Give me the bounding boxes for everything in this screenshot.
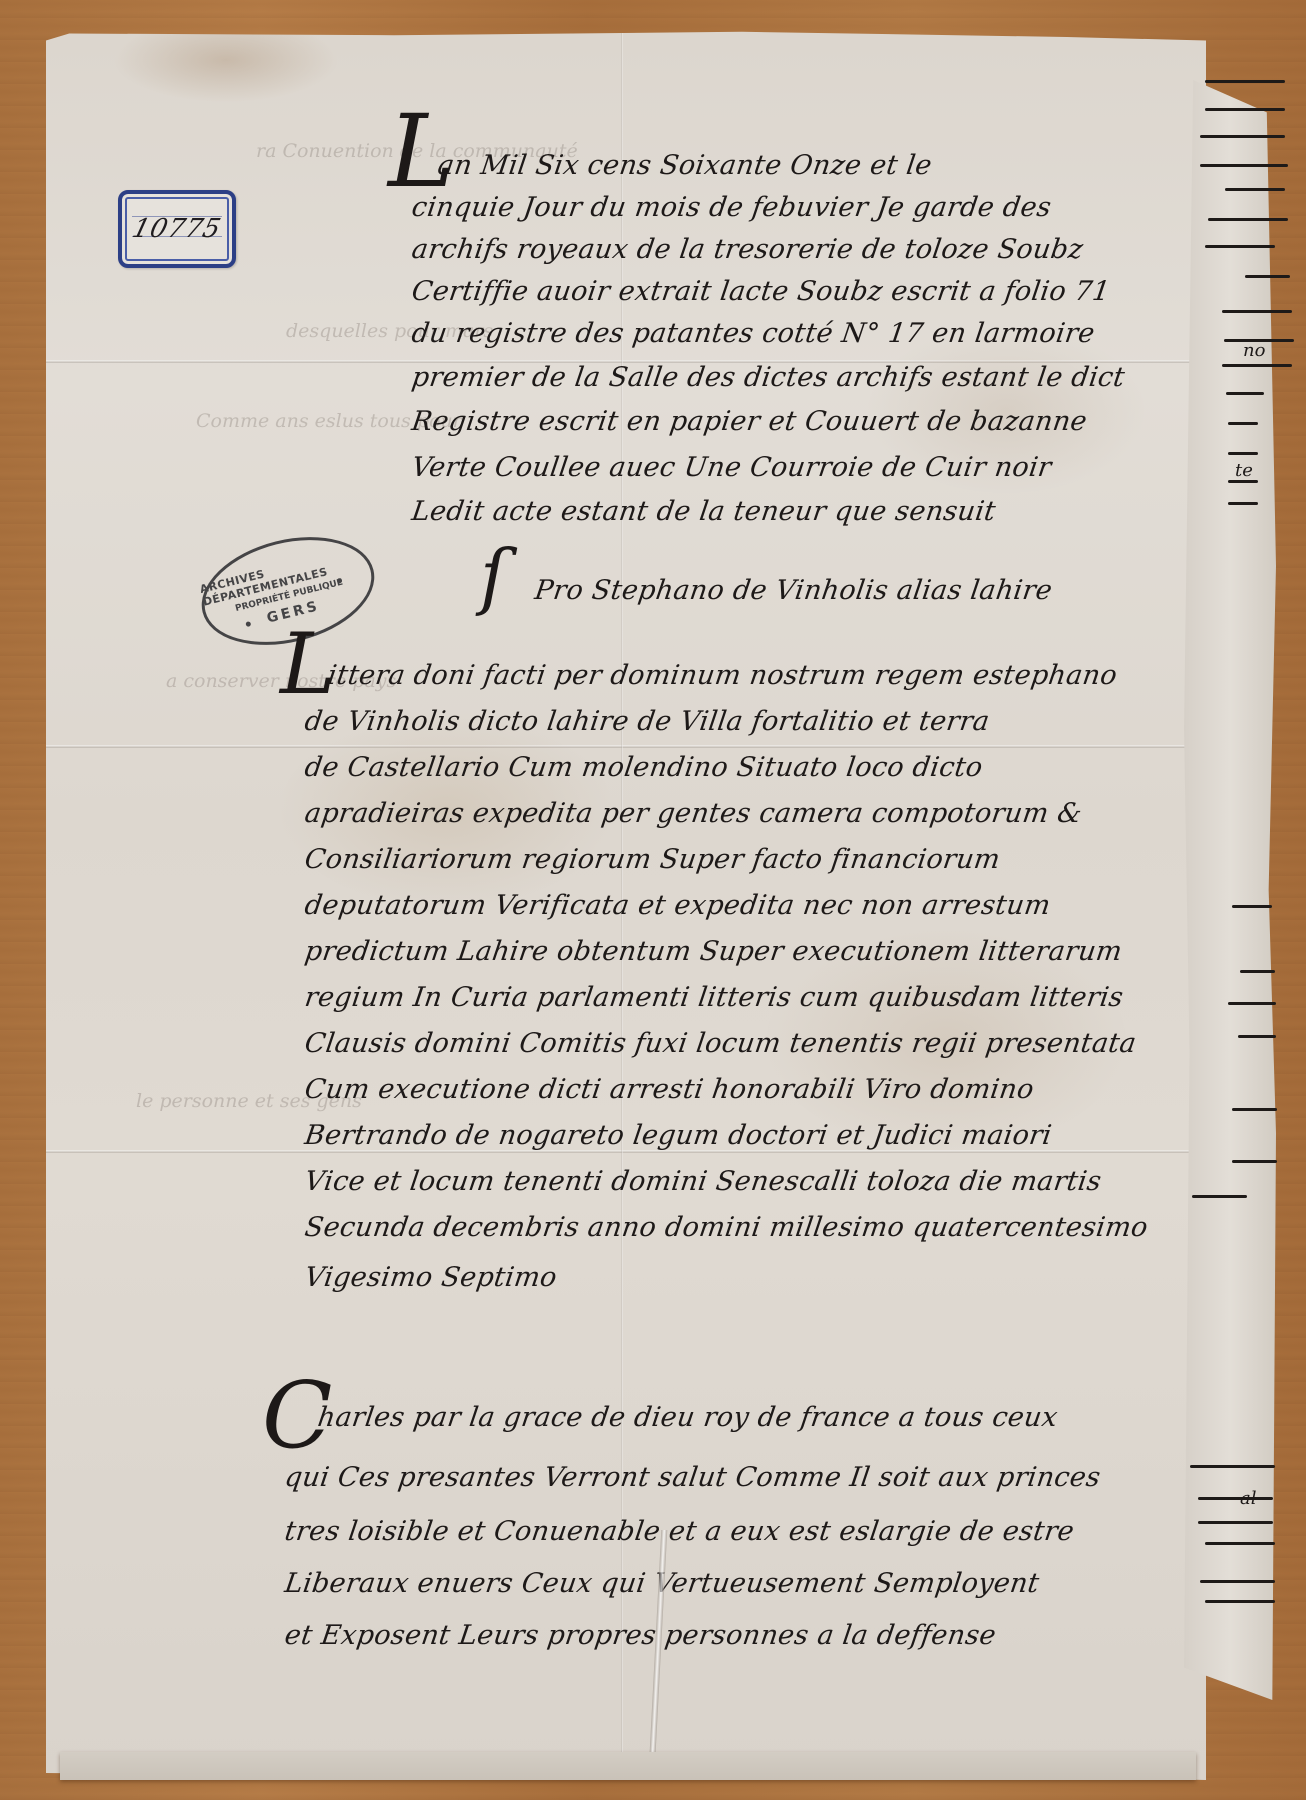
margin-line-mark bbox=[1228, 452, 1258, 455]
manuscript-line: premier de la Salle des dictes archifs e… bbox=[410, 362, 1127, 393]
archive-number-label: 10775 bbox=[118, 190, 236, 268]
margin-line-mark bbox=[1200, 1580, 1275, 1583]
margin-line-mark bbox=[1232, 905, 1272, 908]
margin-line-mark bbox=[1190, 1465, 1275, 1468]
document-heading: Pro Stephano de Vinholis alias lahire bbox=[533, 575, 1054, 606]
margin-note: te bbox=[1235, 460, 1253, 481]
paper-fold-line bbox=[46, 745, 1206, 748]
manuscript-line: Certiffie auoir extrait lacte Soubz escr… bbox=[410, 276, 1112, 307]
archive-number: 10775 bbox=[129, 214, 224, 244]
manuscript-line: Registre escrit en papier et Couuert de … bbox=[410, 406, 1089, 437]
margin-line-mark bbox=[1208, 218, 1288, 221]
margin-line-mark bbox=[1228, 502, 1258, 505]
margin-line-mark bbox=[1205, 108, 1285, 111]
manuscript-line: Ledit acte estant de la teneur que sensu… bbox=[410, 496, 998, 527]
margin-line-mark bbox=[1232, 1160, 1277, 1163]
margin-line-mark bbox=[1240, 970, 1275, 973]
manuscript-line: Vice et locum tenenti domini Senescalli … bbox=[303, 1166, 1104, 1197]
margin-line-mark bbox=[1222, 364, 1292, 367]
manuscript-line: predictum Lahire obtentum Super executio… bbox=[303, 936, 1124, 967]
margin-note: no bbox=[1243, 340, 1265, 361]
manuscript-line: Bertrando de nogareto legum doctori et J… bbox=[303, 1120, 1054, 1151]
manuscript-line: ittera doni facti per dominum nostrum re… bbox=[326, 660, 1119, 691]
manuscript-line: du registre des patantes cotté N° 17 en … bbox=[410, 318, 1097, 349]
manuscript-line: Verte Coullee auec Une Courroie de Cuir … bbox=[410, 452, 1054, 483]
margin-line-mark bbox=[1198, 1497, 1273, 1500]
margin-note: al bbox=[1240, 1488, 1257, 1509]
manuscript-line: archifs royeaux de la tresorerie de tolo… bbox=[410, 234, 1085, 265]
manuscript-line: cinquie Jour du mois de febuvier Je gard… bbox=[410, 192, 1053, 223]
manuscript-line: regium In Curia parlamenti litteris cum … bbox=[303, 982, 1125, 1013]
decorative-initial: ſ bbox=[480, 540, 507, 612]
margin-line-mark bbox=[1192, 1195, 1247, 1198]
margin-line-mark bbox=[1205, 80, 1285, 83]
margin-line-mark bbox=[1198, 1521, 1273, 1524]
margin-line-mark bbox=[1222, 310, 1292, 313]
margin-line-mark bbox=[1205, 1600, 1275, 1603]
margin-line-mark bbox=[1238, 1035, 1276, 1038]
manuscript-line: apradieiras expedita per gentes camera c… bbox=[303, 798, 1084, 829]
manuscript-line: an Mil Six cens Soixante Onze et le bbox=[436, 150, 934, 181]
margin-line-mark bbox=[1205, 245, 1275, 248]
margin-line-mark bbox=[1200, 164, 1288, 167]
manuscript-line: et Exposent Leurs propres personnes a la… bbox=[283, 1620, 998, 1651]
manuscript-line: Consiliariorum regiorum Super facto fina… bbox=[303, 844, 1002, 875]
folded-page-edge bbox=[1184, 80, 1276, 1700]
stamp-dot bbox=[245, 621, 251, 627]
manuscript-line: Clausis domini Comitis fuxi locum tenent… bbox=[303, 1028, 1138, 1059]
manuscript-line: qui Ces presantes Verront salut Comme Il… bbox=[283, 1462, 1103, 1493]
margin-line-mark bbox=[1205, 1542, 1275, 1545]
manuscript-line: deputatorum Verificata et expedita nec n… bbox=[303, 890, 1053, 921]
margin-line-mark bbox=[1200, 135, 1285, 138]
manuscript-line: tres loisible et Conuenable et a eux est… bbox=[283, 1516, 1076, 1547]
margin-line-mark bbox=[1245, 275, 1290, 278]
manuscript-line: de Vinholis dicto lahire de Villa fortal… bbox=[303, 706, 992, 737]
decorative-initial: L bbox=[280, 622, 336, 706]
manuscript-line: Secunda decembris anno domini millesimo … bbox=[303, 1212, 1150, 1243]
manuscript-line: harles par la grace de dieu roy de franc… bbox=[316, 1402, 1060, 1433]
paper-bottom-edge bbox=[60, 1752, 1196, 1780]
margin-line-mark bbox=[1226, 392, 1264, 395]
margin-line-mark bbox=[1228, 1002, 1276, 1005]
margin-line-mark bbox=[1232, 1108, 1277, 1111]
margin-line-mark bbox=[1228, 422, 1258, 425]
manuscript-line: de Castellario Cum molendino Situato loc… bbox=[303, 752, 985, 783]
margin-line-mark bbox=[1225, 188, 1285, 191]
manuscript-line: Cum executione dicti arresti honorabili … bbox=[303, 1074, 1036, 1105]
manuscript-line: Vigesimo Septimo bbox=[303, 1262, 559, 1293]
